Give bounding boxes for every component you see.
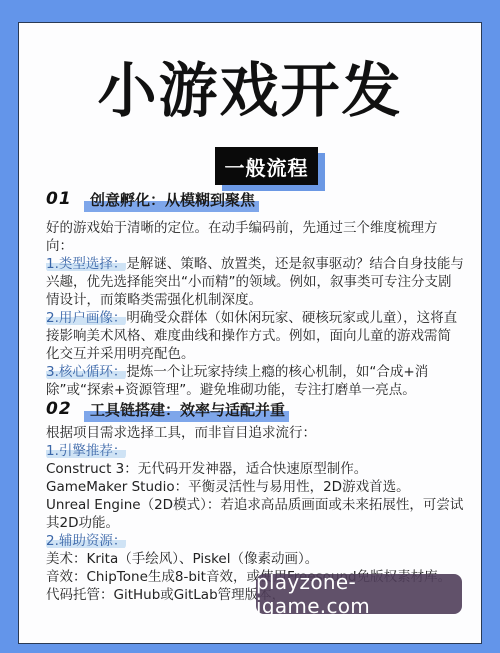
list-item: 2.用户画像：明确受众群体（如休闲玩家、硬核玩家或儿童），这将直接影响美术风格、… [46, 309, 464, 363]
page-title: 小游戏开发 [19, 61, 481, 120]
list-line: GameMaker Studio：平衡灵活性与易用性，2D游戏首选。 [46, 478, 464, 496]
section-number: 01 [46, 189, 84, 209]
section-title-text: 创意孵化：从模糊到聚焦 [90, 191, 255, 209]
section-title: 创意孵化：从模糊到聚焦 [84, 189, 259, 210]
group-label-row: 1.引擎推荐： [46, 442, 464, 460]
item-label: 1.类型选择： [46, 256, 126, 272]
subtitle-label: 一般流程 [215, 147, 318, 185]
section-title-text: 工具链搭建：效率与适配并重 [90, 401, 285, 419]
section-02-header: 02 工具链搭建：效率与适配并重 [46, 397, 289, 421]
section-title: 工具链搭建：效率与适配并重 [84, 399, 289, 420]
group-label: 2.辅助资源： [46, 533, 126, 549]
list-line: 美术：Krita（手绘风）、Piskel（像素动画）。 [46, 550, 464, 568]
section-number: 02 [46, 399, 84, 419]
group-label: 1.引擎推荐： [46, 443, 126, 459]
group-label-row: 2.辅助资源： [46, 532, 464, 550]
item-label: 2.用户画像： [46, 310, 126, 326]
section-01-header: 01 创意孵化：从模糊到聚焦 [46, 187, 259, 211]
watermark-overlay: playzone-igame.com [256, 574, 462, 614]
list-item: 1.类型选择：是解谜、策略、放置类，还是叙事驱动？结合自身技能与兴趣，优先选择能… [46, 255, 464, 309]
list-item: 3.核心循环：提炼一个让玩家持续上瘾的核心机制，如“合成+消除”或“探索+资源管… [46, 363, 464, 399]
section-01-body: 好的游戏始于清晰的定位。在动手编码前，先通过三个维度梳理方向： 1.类型选择：是… [46, 219, 464, 399]
section-intro: 根据项目需求选择工具，而非盲目追求流行： [46, 424, 464, 442]
item-label: 3.核心循环： [46, 364, 126, 380]
list-line: Unreal Engine（2D模式）：若追求高品质画面或未来拓展性，可尝试其2… [46, 496, 464, 532]
section-intro: 好的游戏始于清晰的定位。在动手编码前，先通过三个维度梳理方向： [46, 219, 464, 255]
subtitle-badge: 一般流程 [215, 147, 318, 185]
list-line: Construct 3：无代码开发神器，适合快速原型制作。 [46, 460, 464, 478]
